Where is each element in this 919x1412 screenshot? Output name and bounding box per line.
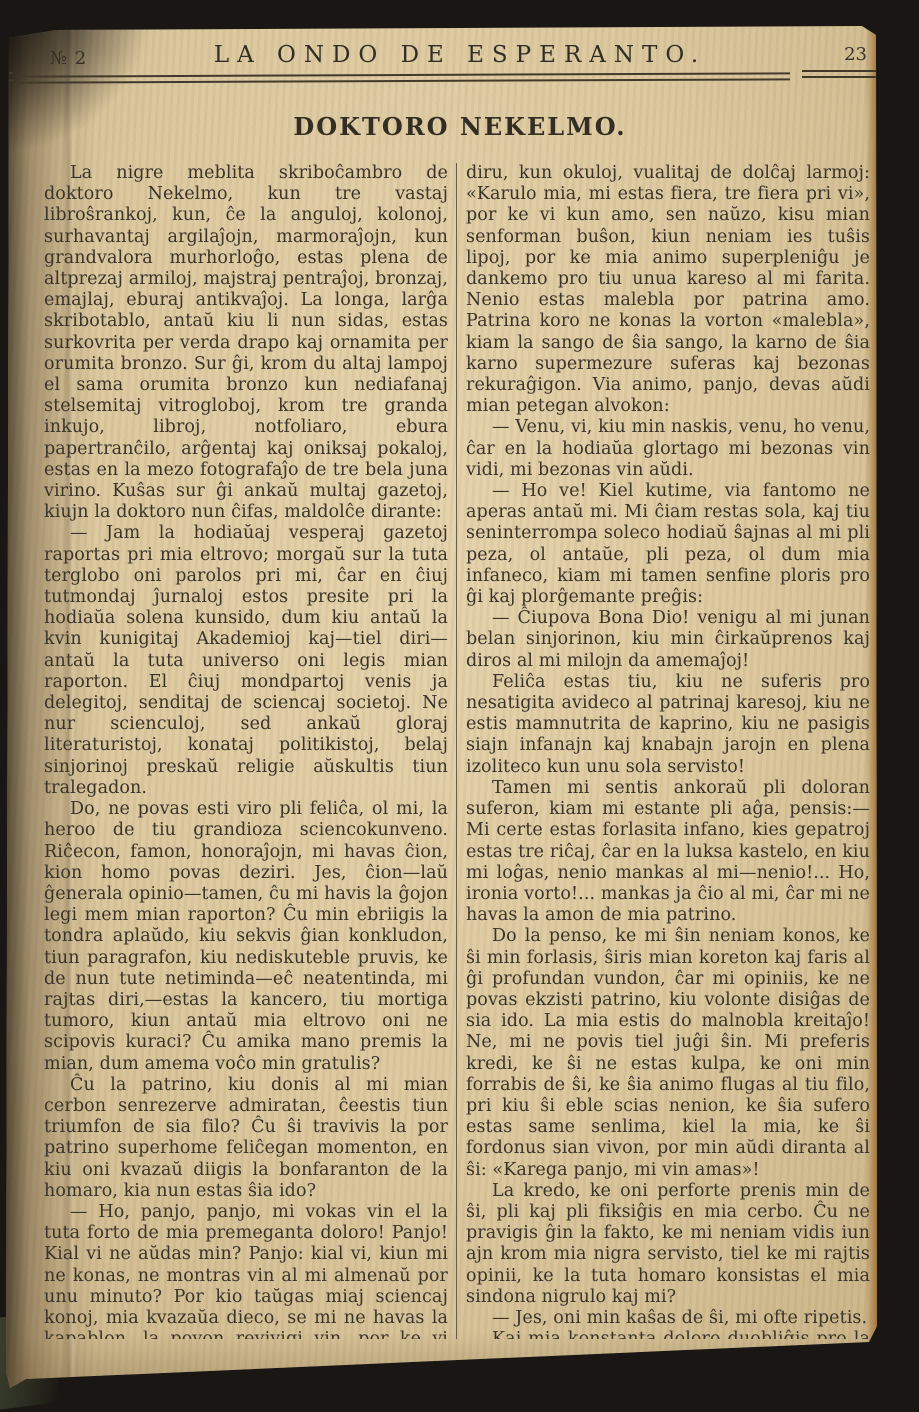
header-double-rule-short — [802, 70, 877, 78]
gutter-letter-fragment: t — [0, 531, 14, 556]
gutter-letter-fragment: j — [0, 633, 14, 658]
text-column-left: La nigre meblita skriboĉambro de doktoro… — [44, 163, 456, 1339]
bottom-edge-shadow — [0, 1332, 919, 1392]
gutter-letter-fragment: i — [0, 912, 14, 937]
gutter-letter-fragment: f — [0, 430, 14, 455]
gutter-letter-fragment: i — [0, 989, 14, 1014]
gutter-letter-fragment: e — [0, 785, 14, 810]
gutter-letter-fragments: tdsHztdbĝdfiditsrtjadilferidmilti — [0, 176, 14, 1014]
paragraph: — Ho, panjo, panjo, mi vokas vin el la t… — [44, 1202, 448, 1339]
gutter-letter-fragment: t — [0, 963, 14, 988]
gutter-letter-fragment: i — [0, 836, 14, 861]
paragraph: Do la penso, ke mi ŝin neniam konos, ke … — [466, 926, 870, 1180]
text-column-right: diru, kun okuloj, vualitaj de dolĉaj lar… — [456, 163, 870, 1339]
gutter-letter-fragment: d — [0, 201, 14, 226]
gutter-letter-fragment: i — [0, 455, 14, 480]
gutter-letter-fragment: i — [0, 709, 14, 734]
gutter-letter-fragment: t — [0, 608, 14, 633]
gutter-letter-fragment: d — [0, 862, 14, 887]
gutter-letter-fragment: H — [0, 252, 14, 277]
journal-title: LA ONDO DE ESPERANTO. — [160, 42, 760, 68]
gutter-letter-fragment: r — [0, 582, 14, 607]
article-title: DOKTORO NEKELMO. — [160, 112, 760, 141]
paragraph: — Jes, oni min kaŝas de ŝi, mi ofte ripe… — [466, 1308, 870, 1329]
gutter-letter-fragment: l — [0, 938, 14, 963]
paragraph: Kaj mia konstanta doloro duobliĝis pro l… — [466, 1329, 870, 1339]
magazine-page: tdsHztdbĝdfiditsrtjadilferidmilti № 2 LA… — [0, 0, 919, 1412]
paragraph: Do, ne povas esti viro pli feliĉa, ol mi… — [44, 799, 448, 1075]
paragraph: Feliĉa estas tiu, kiu ne suferis pro nes… — [466, 672, 870, 778]
gutter-letter-fragment: d — [0, 328, 14, 353]
page-number: 23 — [844, 44, 867, 65]
gutter-letter-fragment: s — [0, 227, 14, 252]
gutter-letter-fragment: ĝ — [0, 379, 14, 404]
gutter-rule-fragment — [0, 72, 13, 81]
gutter-letter-fragment: i — [0, 506, 14, 531]
paragraph: diru, kun okuloj, vualitaj de dolĉaj lar… — [466, 163, 870, 417]
gutter-letter-fragment: a — [0, 658, 14, 683]
gutter-letter-fragment: b — [0, 354, 14, 379]
gutter-letter-fragment: t — [0, 303, 14, 328]
paragraph: La kredo, ke oni perforte prenis min de … — [466, 1181, 870, 1308]
scan-background: tdsHztdbĝdfiditsrtjadilferidmilti № 2 LA… — [0, 0, 919, 1412]
gutter-letter-fragment: f — [0, 760, 14, 785]
gutter-letter-fragment: d — [0, 684, 14, 709]
gutter-letter-fragment: s — [0, 557, 14, 582]
gutter-letter-fragment: l — [0, 735, 14, 760]
paragraph: Tamen mi sentis ankoraŭ pli doloran sufe… — [466, 778, 870, 926]
paragraph: — Jam la hodiaŭaj vesperaj gazetoj rapor… — [44, 523, 448, 799]
gutter-letter-fragment: t — [0, 176, 14, 201]
paragraph: — Ĉiupova Bona Dio! venigu al mi junan b… — [466, 608, 870, 672]
gutter-letter-fragment: d — [0, 405, 14, 430]
gutter-letter-fragment: r — [0, 811, 14, 836]
article-body: La nigre meblita skriboĉambro de doktoro… — [44, 163, 876, 1339]
gutter-letter-fragment: d — [0, 481, 14, 506]
gutter-letter-fragment: z — [0, 278, 14, 303]
paragraph: La nigre meblita skriboĉambro de doktoro… — [44, 163, 448, 523]
paragraph: — Venu, vi, kiu min naskis, venu, ho ven… — [466, 417, 870, 481]
issue-number: № 2 — [50, 48, 87, 69]
paragraph: — Ho ve! Kiel kutime, via fantomo ne ape… — [466, 481, 870, 608]
paragraph: Ĉu la patrino, kiu donis al mi mian cerb… — [44, 1075, 448, 1202]
gutter-letter-fragment: m — [0, 887, 14, 912]
